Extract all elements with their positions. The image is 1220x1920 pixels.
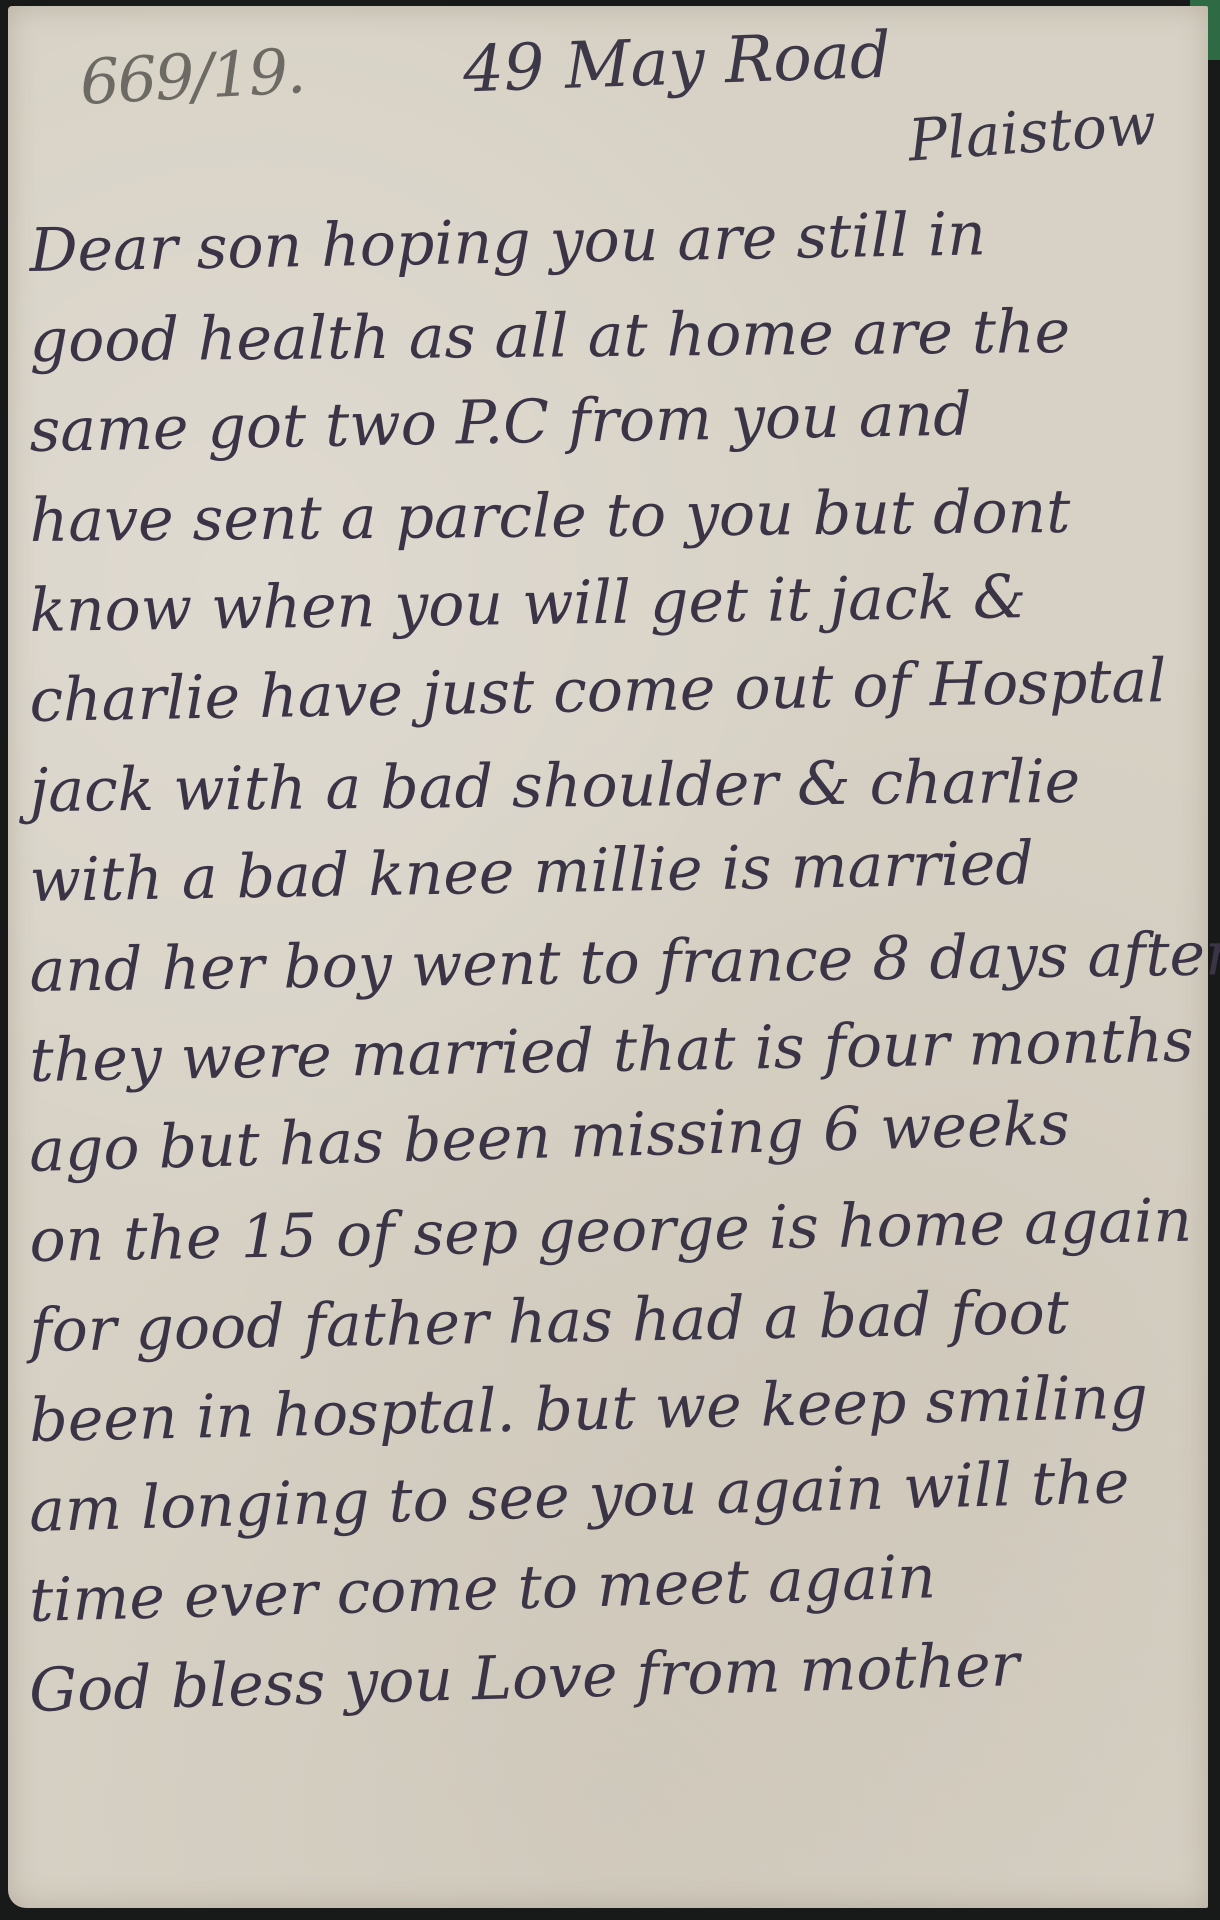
postcard: 669/19. 49 May Road Plaistow Dear son ho… xyxy=(8,6,1208,1908)
letter-line: charlie have just come out of Hosptal xyxy=(28,620,1209,731)
letter-body: Dear son hoping you are still in good he… xyxy=(30,191,1210,1721)
letter-line: same got two P.C from you and xyxy=(28,350,1209,461)
letter-line: Dear son hoping you are still in xyxy=(28,170,1209,281)
scan-frame: 669/19. 49 May Road Plaistow Dear son ho… xyxy=(0,0,1220,1920)
archive-reference-number: 669/19. xyxy=(78,34,305,119)
address-town: Plaistow xyxy=(906,89,1158,174)
letter-line: have sent a parcle to you but dont xyxy=(29,451,1210,551)
address-street: 49 May Road xyxy=(462,19,892,108)
letter-line: with a bad knee millie is married xyxy=(28,800,1209,911)
